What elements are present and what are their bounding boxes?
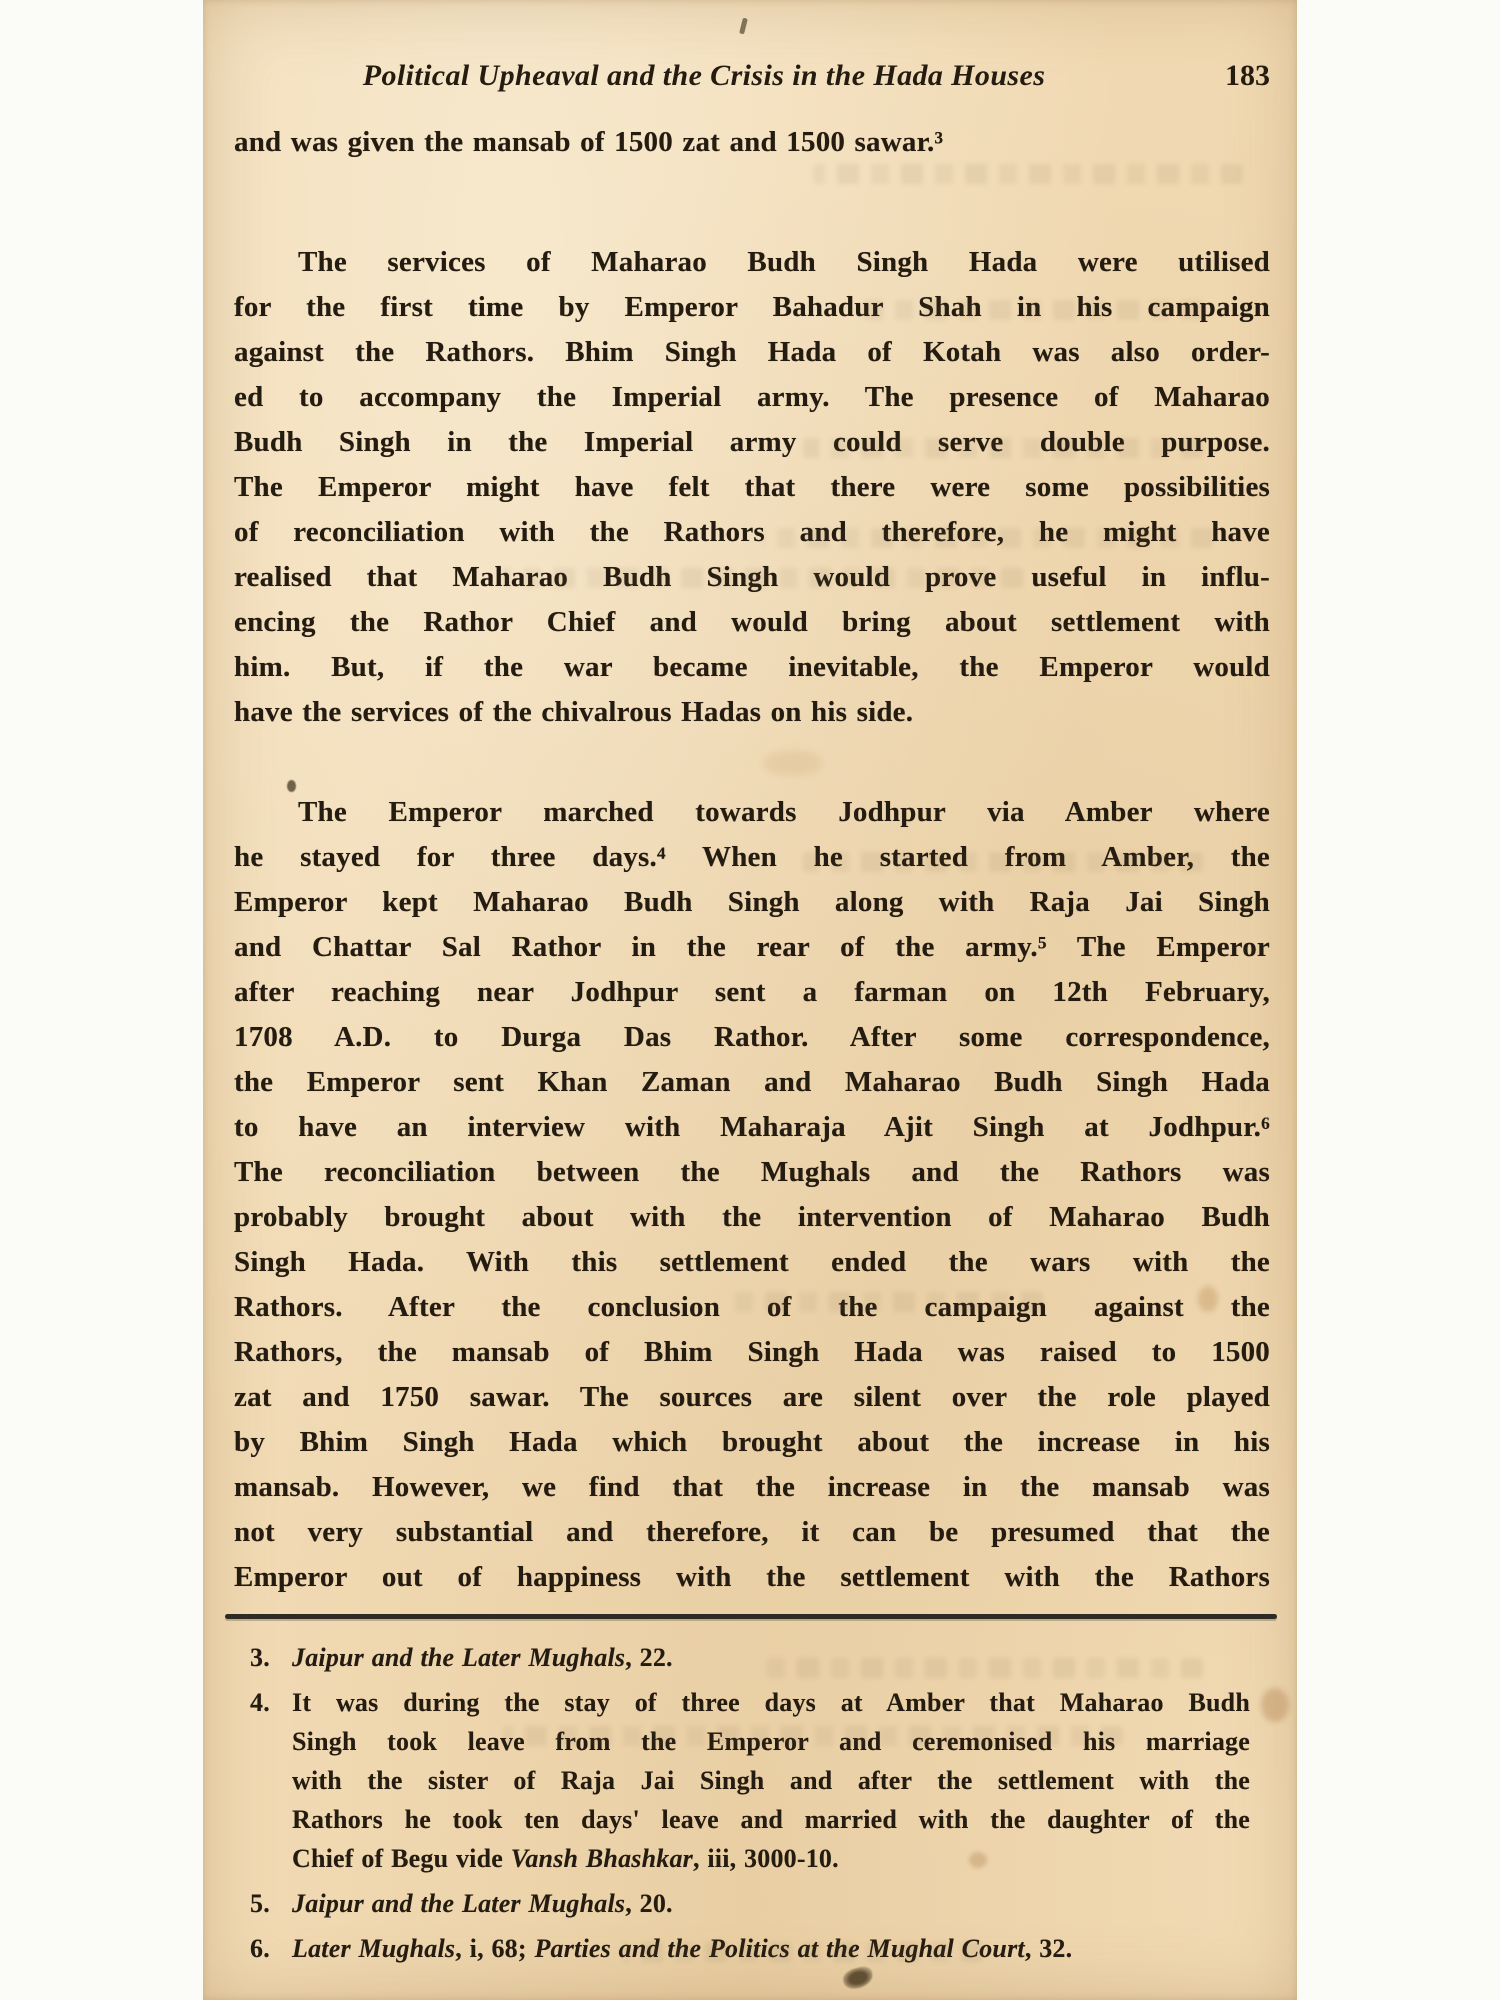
text-line: mansab. However, we find that the increa…: [234, 1465, 1270, 1510]
footnote-text-segment: , 32.: [1025, 1934, 1073, 1963]
rust-stain: [1261, 1688, 1289, 1722]
footnote-4-last-line: Chief of Begu vide Vansh Bhashkar, iii, …: [292, 1839, 1250, 1878]
footnote-text: Later Mughals, i, 68; Parties and the Po…: [292, 1929, 1250, 1968]
footnote-5: 5. Jaipur and the Later Mughals, 20.: [250, 1884, 1250, 1923]
paper-discoloration: [763, 750, 823, 776]
book-title-italic: Vansh Bhashkar: [511, 1844, 693, 1873]
text-line: It was during the stay of three days at …: [292, 1683, 1250, 1722]
footnotes-block: 3. Jaipur and the Later Mughals, 22. 4. …: [250, 1638, 1250, 1974]
footnote-3: 3. Jaipur and the Later Mughals, 22.: [250, 1638, 1250, 1677]
footnote-number: 5.: [250, 1884, 292, 1923]
book-title-italic: Jaipur and the Later Mughals: [292, 1889, 625, 1918]
text-line: for the first time by Emperor Bahadur Sh…: [234, 285, 1270, 330]
footnote-text-segment: Chief of Begu vide: [292, 1844, 511, 1873]
text-line: he stayed for three days.⁴ When he start…: [234, 835, 1270, 880]
scanned-book-page: Political Upheaval and the Crisis in the…: [0, 0, 1500, 2000]
footnote-text: Jaipur and the Later Mughals, 20.: [292, 1884, 1250, 1923]
book-page-paper: Political Upheaval and the Crisis in the…: [203, 0, 1297, 2000]
paragraph-1: The services of Maharao Budh Singh Hada …: [234, 240, 1270, 735]
footnote-number: 4.: [250, 1683, 292, 1878]
text-line: Rathors, the mansab of Bhim Singh Hada w…: [234, 1330, 1270, 1375]
text-line: not very substantial and therefore, it c…: [234, 1510, 1270, 1555]
text-line: ed to accompany the Imperial army. The p…: [234, 375, 1270, 420]
book-title-italic: Later Mughals: [292, 1934, 455, 1963]
text-line: The Emperor marched towards Jodhpur via …: [234, 790, 1270, 835]
text-line: by Bhim Singh Hada which brought about t…: [234, 1420, 1270, 1465]
text-line: against the Rathors. Bhim Singh Hada of …: [234, 330, 1270, 375]
text-line: have the services of the chivalrous Hada…: [234, 690, 1270, 735]
book-title-italic: Parties and the Politics at the Mughal C…: [534, 1934, 1024, 1963]
footnote-4: 4. It was during the stay of three days …: [250, 1683, 1250, 1878]
bleed-through-ghost-text: [813, 164, 1243, 184]
footnote-number: 6.: [250, 1929, 292, 1968]
text-line: Emperor kept Maharao Budh Singh along wi…: [234, 880, 1270, 925]
footnote-number: 3.: [250, 1638, 292, 1677]
text-line: to have an interview with Maharaja Ajit …: [234, 1105, 1270, 1150]
text-line: the Emperor sent Khan Zaman and Maharao …: [234, 1060, 1270, 1105]
footnote-6: 6. Later Mughals, i, 68; Parties and the…: [250, 1929, 1250, 1968]
stray-pen-mark: [739, 18, 748, 35]
footnote-text: Jaipur and the Later Mughals, 22.: [292, 1638, 1250, 1677]
paragraph-2: The Emperor marched towards Jodhpur via …: [234, 790, 1270, 1600]
paragraph-continuation-line: and was given the mansab of 1500 zat and…: [234, 120, 1270, 165]
text-line: of reconciliation with the Rathors and t…: [234, 510, 1270, 555]
text-line: Rathors he took ten days' leave and marr…: [292, 1800, 1250, 1839]
chapter-title: Political Upheaval and the Crisis in the…: [234, 56, 1270, 96]
text-line: Emperor out of happiness with the settle…: [234, 1555, 1270, 1600]
footnote-text: It was during the stay of three days at …: [292, 1683, 1250, 1878]
text-line: with the sister of Raja Jai Singh and af…: [292, 1761, 1250, 1800]
text-line: encing the Rathor Chief and would bring …: [234, 600, 1270, 645]
text-line: realised that Maharao Budh Singh would p…: [234, 555, 1270, 600]
footnote-separator-rule: [225, 1614, 1277, 1619]
text-line: The Emperor might have felt that there w…: [234, 465, 1270, 510]
text-line: 1708 A.D. to Durga Das Rathor. After som…: [234, 1015, 1270, 1060]
text-line: Rathors. After the conclusion of the cam…: [234, 1285, 1270, 1330]
text-line: and Chattar Sal Rathor in the rear of th…: [234, 925, 1270, 970]
text-line: him. But, if the war became inevitable, …: [234, 645, 1270, 690]
footnote-4-wrapped-lines: It was during the stay of three days at …: [292, 1683, 1250, 1839]
text-line: The reconciliation between the Mughals a…: [234, 1150, 1270, 1195]
text-line: zat and 1750 sawar. The sources are sile…: [234, 1375, 1270, 1420]
text-line: The services of Maharao Budh Singh Hada …: [234, 240, 1270, 285]
text-line: probably brought about with the interven…: [234, 1195, 1270, 1240]
running-header: Political Upheaval and the Crisis in the…: [234, 56, 1270, 96]
text-line: Singh Hada. With this settlement ended t…: [234, 1240, 1270, 1285]
book-title-italic: Jaipur and the Later Mughals: [292, 1643, 625, 1672]
text-line: Budh Singh in the Imperial army could se…: [234, 420, 1270, 465]
page-number: 183: [1225, 56, 1270, 96]
footnote-text-segment: , i, 68;: [455, 1934, 534, 1963]
footnote-text-segment: , iii, 3000-10.: [693, 1844, 839, 1873]
text-line: Singh took leave from the Emperor and ce…: [292, 1722, 1250, 1761]
footnote-rest: , 22.: [625, 1643, 673, 1672]
footnote-rest: , 20.: [625, 1889, 673, 1918]
text-line: after reaching near Jodhpur sent a farma…: [234, 970, 1270, 1015]
